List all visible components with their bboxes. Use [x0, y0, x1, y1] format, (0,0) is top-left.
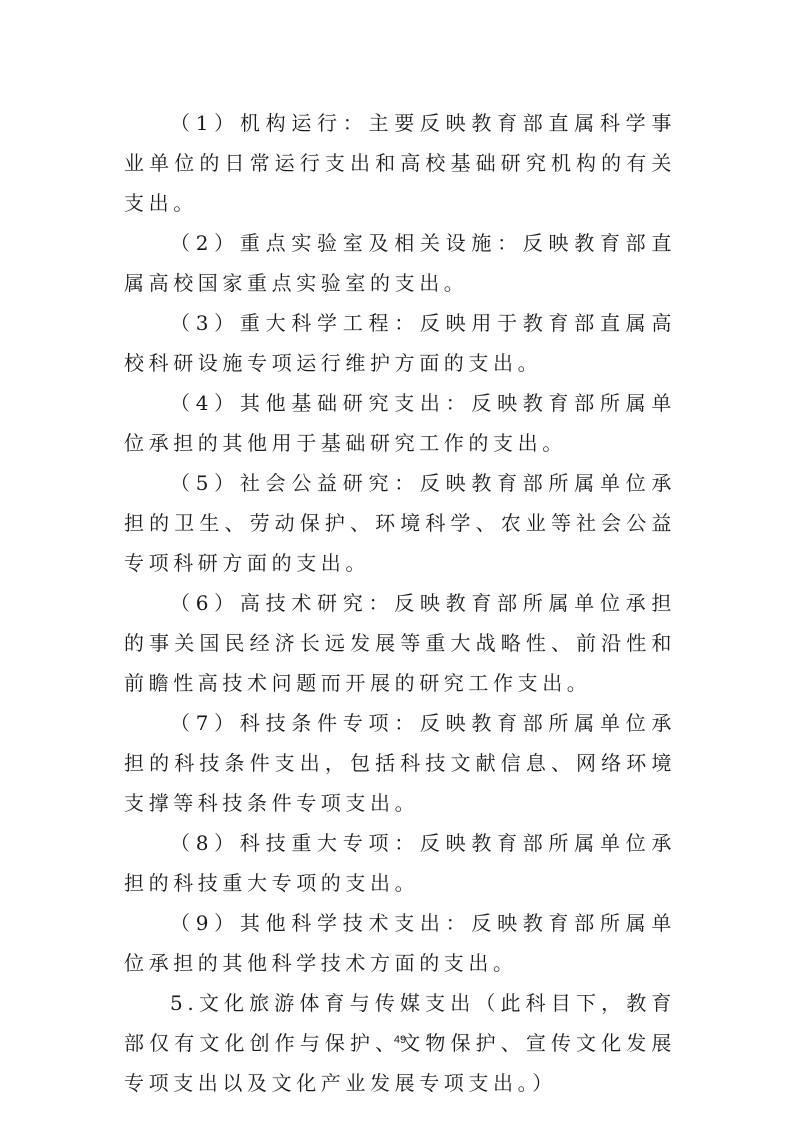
paragraph-public-welfare-research: （5）社会公益研究：反映教育部所属单位承担的卫生、劳动保护、环境科学、农业等社会… [124, 463, 676, 583]
paragraph-sci-tech-conditions: （7）科技条件专项：反映教育部所属单位承担的科技条件支出，包括科技文献信息、网络… [124, 703, 676, 823]
paragraph-institution-operation: （1）机构运行：主要反映教育部直属科学事业单位的日常运行支出和高校基础研究机构的… [124, 103, 676, 223]
paragraph-major-sci-tech-projects: （8）科技重大专项：反映教育部所属单位承担的科技重大专项的支出。 [124, 823, 676, 903]
page-number: 49 [0, 1034, 800, 1046]
document-page: （1）机构运行：主要反映教育部直属科学事业单位的日常运行支出和高校基础研究机构的… [0, 0, 800, 1131]
paragraph-high-tech-research: （6）高技术研究：反映教育部所属单位承担的事关国民经济长远发展等重大战略性、前沿… [124, 583, 676, 703]
body-text: （1）机构运行：主要反映教育部直属科学事业单位的日常运行支出和高校基础研究机构的… [124, 103, 676, 1103]
paragraph-major-science-projects: （3）重大科学工程：反映用于教育部直属高校科研设施专项运行维护方面的支出。 [124, 303, 676, 383]
paragraph-other-sci-tech: （9）其他科学技术支出：反映教育部所属单位承担的其他科学技术方面的支出。 [124, 903, 676, 983]
paragraph-key-laboratories: （2）重点实验室及相关设施：反映教育部直属高校国家重点实验室的支出。 [124, 223, 676, 303]
paragraph-other-basic-research: （4）其他基础研究支出：反映教育部所属单位承担的其他用于基础研究工作的支出。 [124, 383, 676, 463]
